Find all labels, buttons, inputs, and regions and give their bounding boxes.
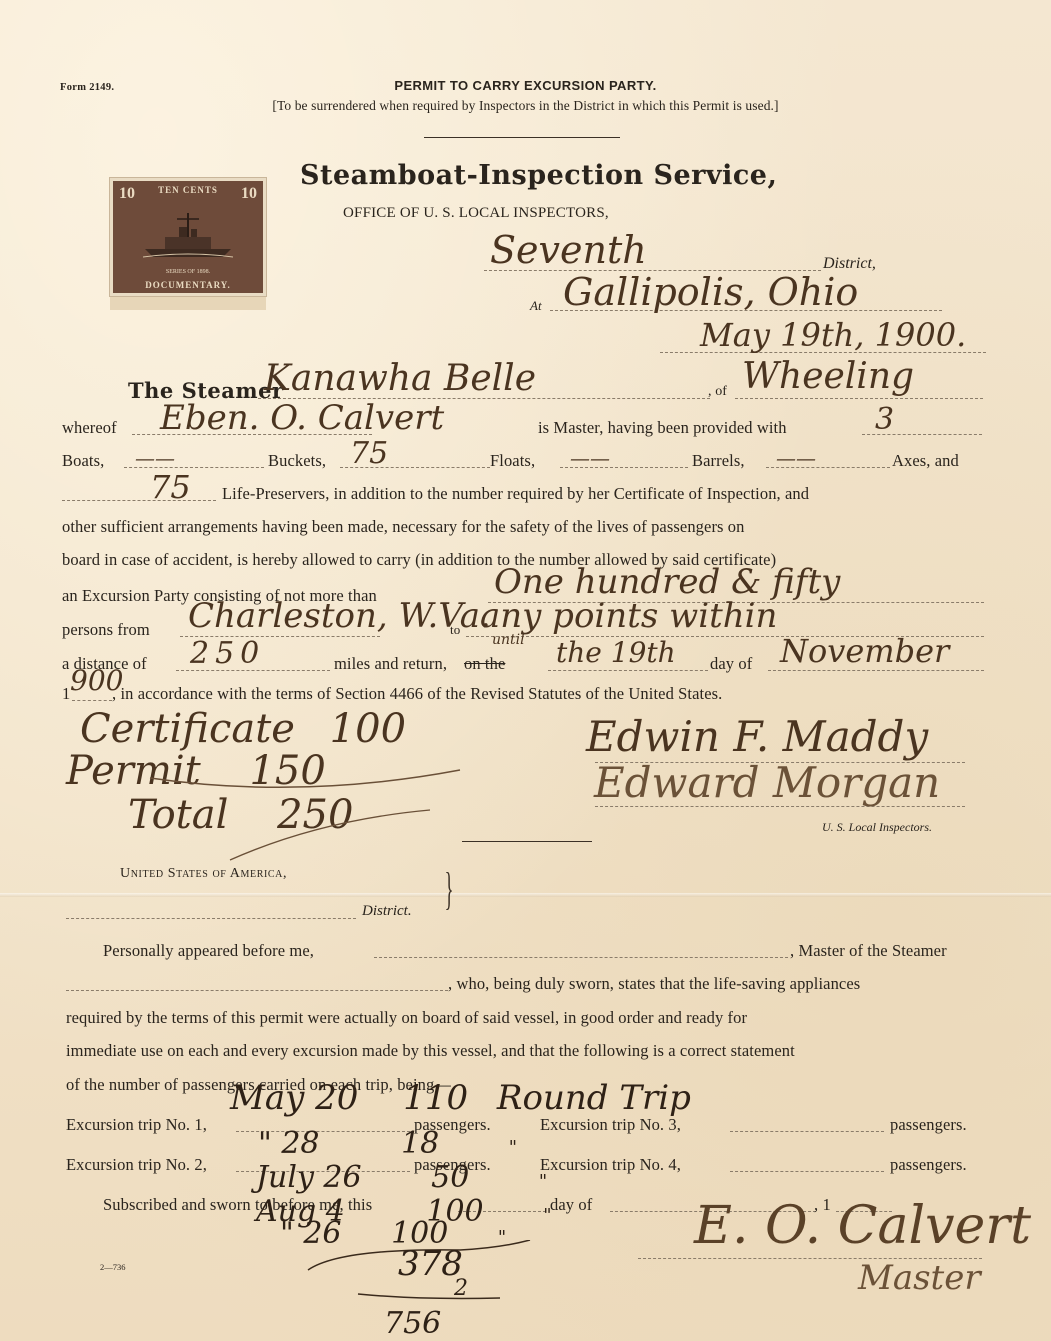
destination: any points within (480, 596, 777, 636)
district-value: Seventh (490, 228, 647, 272)
to-label: to (450, 622, 460, 638)
trip-2-label: Excursion trip No. 2, (66, 1155, 207, 1175)
appeared-name-field[interactable] (374, 957, 788, 958)
trip-log-row-2: " 28 18 " (258, 1126, 517, 1161)
home-port: Wheeling (742, 356, 914, 397)
section-divider (462, 841, 592, 842)
stamp-bottom-text: DOCUMENTARY. (113, 280, 263, 290)
whereof-label: whereof (62, 418, 117, 438)
trip-log-total: 756 (384, 1306, 441, 1341)
until-insert: until (492, 632, 525, 648)
trip-log-date: July 26 (256, 1160, 362, 1195)
date-value: May 19th, 1900. (700, 316, 966, 354)
home-port-line (735, 398, 983, 399)
paper-fold (0, 893, 1051, 897)
at-label: At (530, 298, 542, 314)
trip-log-date: " 28 (258, 1126, 320, 1161)
axes-label: Axes, and (892, 451, 959, 471)
inspector-signature-2: Edward Morgan (594, 758, 940, 807)
boats-value: 3 (875, 402, 894, 437)
trip-log-note: Round Trip (497, 1078, 691, 1118)
trip-log-passengers: 18 (401, 1126, 439, 1161)
trip-log-row-3: July 26 50 " (256, 1160, 547, 1195)
trip-3-field[interactable] (730, 1131, 884, 1132)
revenue-stamp: 10 10 TEN CENTS SERIES OF 1898. DOCUMENT… (110, 178, 266, 296)
trip-log-note: " (543, 1205, 551, 1226)
trip-log-passengers: 50 (431, 1160, 469, 1195)
life-preservers-line (62, 500, 216, 501)
trip-log-date: May 20 (230, 1078, 358, 1118)
buckets-value: —— (135, 446, 175, 470)
subscribed-day-of-label: day of (550, 1195, 592, 1215)
fee-flourish (60, 760, 480, 870)
fee-certificate-label: Certificate (80, 706, 295, 752)
life-preservers-value: 75 (150, 468, 191, 506)
location-value: Gallipolis, Ohio (563, 270, 858, 314)
barrels-label: Barrels, (692, 451, 745, 471)
distance-value: 250 (190, 636, 265, 671)
form-title: PERMIT TO CARRY EXCURSION PARTY. (0, 78, 1051, 93)
struck-text: on the (464, 654, 505, 674)
affidavit-body-line-2: immediate use on each and every excursio… (66, 1041, 795, 1061)
affidavit-brace: } (445, 862, 454, 915)
battleship-icon (143, 211, 233, 261)
barrels-value: —— (570, 446, 610, 470)
master-name: Eben. O. Calvert (160, 398, 444, 438)
persons-from-label: persons from (62, 620, 150, 640)
life-preservers-text: Life-Preservers, in addition to the numb… (222, 484, 809, 504)
office-name: OFFICE OF U. S. LOCAL INSPECTORS, (343, 205, 609, 222)
permit-body-line-1: other sufficient arrangements having bee… (62, 517, 745, 537)
boats-label: Boats, (62, 451, 104, 471)
inspector-signature-1: Edwin F. Maddy (586, 712, 928, 761)
of-label: , of (708, 384, 727, 400)
year-line (72, 700, 112, 701)
trip-log-row-1: May 20 110 Round Trip (230, 1078, 691, 1118)
affidavit-body-line-1: required by the terms of this permit wer… (66, 1008, 747, 1028)
print-code: 2—736 (100, 1262, 126, 1272)
master-title: Master (858, 1258, 981, 1298)
affidavit-district-label: District. (362, 903, 412, 920)
trip-4-field[interactable] (730, 1171, 884, 1172)
trip-4-label: Excursion trip No. 4, (540, 1155, 681, 1175)
header-divider (424, 137, 620, 138)
service-name: Steamboat-Inspection Service, (300, 160, 777, 191)
axes-value: —— (776, 446, 816, 470)
trip-1-label: Excursion trip No. 1, (66, 1115, 207, 1135)
until-month-line (768, 670, 984, 671)
stamp-series: SERIES OF 1898. (113, 269, 263, 275)
until-day-line (548, 670, 708, 671)
trip-3-label: Excursion trip No. 3, (540, 1115, 681, 1135)
trip-4-passengers-label: passengers. (890, 1155, 967, 1175)
origin: Charleston, W.Va. (188, 596, 491, 636)
steamer-name: Kanawha Belle (264, 358, 536, 399)
trip-log-passengers: 110 (403, 1078, 468, 1118)
floats-value: 75 (350, 436, 388, 471)
statute-text: , in accordance with the terms of Sectio… (112, 684, 722, 704)
floats-label: Floats, (490, 451, 535, 471)
sworn-text: , who, being duly sworn, states that the… (448, 974, 860, 994)
affidavit-district-line (66, 918, 356, 919)
trip-log-multiplier: 2 (454, 1276, 468, 1301)
stamp-top-text: TEN CENTS (113, 185, 263, 195)
appeared-label: Personally appeared before me, (103, 941, 314, 961)
master-signature: E. O. Calvert (694, 1196, 1031, 1256)
day-of-label: day of (710, 654, 752, 674)
master-text: is Master, having been provided with (538, 418, 787, 438)
inspectors-title: U. S. Local Inspectors. (822, 820, 932, 835)
master-of-label: , Master of the Steamer (790, 941, 947, 961)
affidavit-country: United States of America, (120, 866, 287, 882)
form-instruction: [To be surrendered when required by Insp… (0, 98, 1051, 114)
until-month: November (780, 632, 949, 670)
affidavit-steamer-field[interactable] (66, 990, 448, 991)
buckets-label: Buckets, (268, 451, 326, 471)
until-day: the 19th (556, 636, 676, 669)
trip-3-passengers-label: passengers. (890, 1115, 967, 1135)
trip-log-note: " (509, 1137, 517, 1158)
miles-label: miles and return, (334, 654, 447, 674)
trip-log-note: " (539, 1171, 547, 1192)
fee-certificate-value: 100 (330, 706, 406, 752)
